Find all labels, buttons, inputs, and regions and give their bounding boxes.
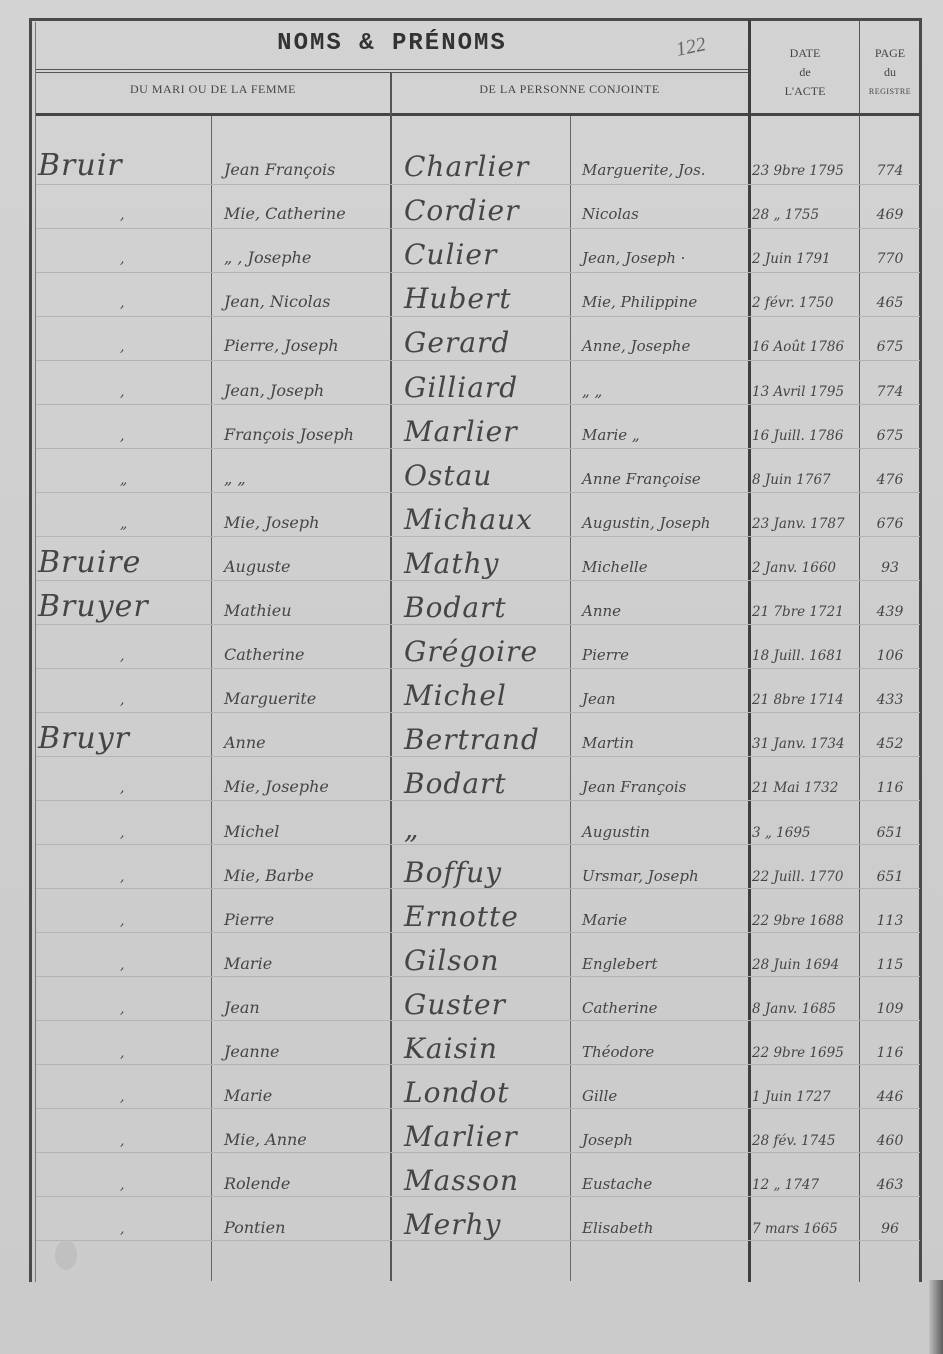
spouse-first-names: Gille	[582, 1087, 617, 1105]
act-date: 13 Avril 1795	[752, 384, 844, 400]
spouse-first-names: Ursmar, Joseph	[582, 867, 699, 885]
register-entry: , Pontien Merhy Elisabeth 7 mars 1665 96	[0, 1199, 943, 1243]
spouse-surname: Marlier	[404, 1120, 518, 1153]
first-names: Mie, Joseph	[224, 513, 319, 532]
register-page-number: 109	[862, 1001, 918, 1017]
register-page-number: 675	[862, 428, 918, 444]
act-date: 2 Janv. 1660	[752, 560, 836, 576]
spouse-first-names: Anne Françoise	[582, 470, 701, 488]
spouse-first-names: Anne	[582, 602, 621, 620]
register-entry: , Jeanne Kaisin Théodore 22 9bre 1695 11…	[0, 1023, 943, 1067]
register-entry: , Michel „ Augustin 3 „ 1695 651	[0, 803, 943, 847]
surname: ,	[120, 913, 124, 929]
act-date: 16 Juill. 1786	[752, 428, 843, 444]
act-date: 21 7bre 1721	[752, 604, 844, 620]
register-entry: , François Joseph Marlier Marie „ 16 Jui…	[0, 406, 943, 450]
register-entry: , Pierre, Joseph Gerard Anne, Josephe 16…	[0, 317, 943, 361]
register-entry: Bruire Auguste Mathy Michelle 2 Janv. 16…	[0, 538, 943, 582]
register-entry: , Mie, Catherine Cordier Nicolas 28 „ 17…	[0, 185, 943, 229]
surname: Bruyer	[38, 589, 149, 624]
first-names: Mie, Barbe	[224, 866, 314, 885]
register-entry: , Mie, Josephe Bodart Jean François 21 M…	[0, 758, 943, 802]
column-header-page: PAGE du REGISTRE	[860, 44, 920, 101]
surname: ,	[120, 251, 124, 267]
surname: Bruyr	[38, 721, 130, 756]
register-page-number: 651	[862, 825, 918, 841]
spouse-surname: Kaisin	[404, 1032, 498, 1065]
surname: ,	[120, 1001, 124, 1017]
spouse-surname: Bodart	[404, 767, 507, 800]
spouse-surname: Marlier	[404, 415, 518, 448]
column-header-date: DATE de L'ACTE	[750, 44, 860, 101]
act-date: 8 Juin 1767	[752, 472, 831, 488]
spouse-surname: Guster	[404, 988, 506, 1021]
act-date: 28 Juin 1694	[752, 957, 839, 973]
register-entry: Bruyer Mathieu Bodart Anne 21 7bre 1721 …	[0, 582, 943, 626]
spouse-first-names: Théodore	[582, 1043, 654, 1061]
date-header-line3: L'ACTE	[750, 82, 860, 101]
page-header-line1: PAGE	[860, 44, 920, 63]
first-names: Auguste	[224, 557, 291, 576]
first-names: Anne	[224, 733, 266, 752]
surname: ,	[120, 648, 124, 664]
column-header-spouse2: DE LA PERSONNE CONJOINTE	[391, 82, 748, 97]
surname: ,	[120, 1177, 124, 1193]
register-page-number: 770	[862, 251, 918, 267]
first-names: François Joseph	[224, 425, 354, 444]
spouse-surname: Bodart	[404, 591, 507, 624]
first-names: Catherine	[224, 645, 305, 664]
register-page-number: 433	[862, 692, 918, 708]
register-page-number: 675	[862, 339, 918, 355]
spouse-surname: Hubert	[404, 282, 512, 315]
spouse-first-names: Jean	[582, 690, 616, 708]
first-names: Rolende	[224, 1174, 290, 1193]
register-page-number: 774	[862, 163, 918, 179]
spouse-surname: Michel	[404, 679, 507, 712]
act-date: 28 fév. 1745	[752, 1133, 835, 1149]
act-date: 21 Mai 1732	[752, 780, 838, 796]
register-entry: , Jean, Joseph Gilliard „ „ 13 Avril 179…	[0, 362, 943, 406]
act-date: 22 9bre 1695	[752, 1045, 844, 1061]
act-date: 3 „ 1695	[752, 825, 811, 841]
register-page-number: 446	[862, 1089, 918, 1105]
surname: „	[120, 516, 127, 532]
register-entry: , Rolende Masson Eustache 12 „ 1747 463	[0, 1155, 943, 1199]
spouse-first-names: Anne, Josephe	[582, 337, 690, 355]
surname: ,	[120, 1221, 124, 1237]
spouse-surname: Mathy	[404, 547, 499, 580]
register-page-number: 469	[862, 207, 918, 223]
spouse-surname: Gilliard	[404, 371, 518, 404]
act-date: 28 „ 1755	[752, 207, 819, 223]
register-page-number: 116	[862, 1045, 918, 1061]
act-date: 31 Janv. 1734	[752, 736, 845, 752]
spouse-first-names: Marie	[582, 911, 627, 929]
spouse-first-names: „ „	[582, 382, 602, 400]
register-entry: , Marguerite Michel Jean 21 8bre 1714 43…	[0, 670, 943, 714]
first-names: Jeanne	[224, 1042, 280, 1061]
register-page-number: 465	[862, 295, 918, 311]
first-names: Mie, Catherine	[224, 204, 346, 223]
act-date: 8 Janv. 1685	[752, 1001, 836, 1017]
register-page-number: 96	[862, 1221, 918, 1237]
surname: Bruire	[38, 545, 141, 580]
spouse-surname: Gerard	[404, 326, 510, 359]
spouse-surname: Boffuy	[404, 856, 502, 889]
act-date: 12 „ 1747	[752, 1177, 819, 1193]
register-page-number: 93	[862, 560, 918, 576]
spouse-first-names: Martin	[582, 734, 634, 752]
surname: ,	[120, 1133, 124, 1149]
page-title: NOMS & PRÉNOMS	[36, 30, 748, 57]
first-names: Mathieu	[224, 601, 292, 620]
header-rule	[36, 69, 748, 70]
register-page-number: 651	[862, 869, 918, 885]
register-entry: , Pierre Ernotte Marie 22 9bre 1688 113	[0, 891, 943, 935]
spouse-surname: Ernotte	[404, 900, 519, 933]
spouse-surname: Ostau	[404, 459, 492, 492]
first-names: Mie, Anne	[224, 1130, 307, 1149]
spouse-surname: Bertrand	[404, 723, 540, 756]
register-entry: , „ , Josephe Culier Jean, Joseph · 2 Ju…	[0, 229, 943, 273]
first-names: Michel	[224, 822, 279, 841]
spouse-surname: Grégoire	[404, 635, 538, 668]
act-date: 2 févr. 1750	[752, 295, 833, 311]
column-header-spouse1: DU MARI OU DE LA FEMME	[36, 82, 390, 97]
act-date: 22 Juill. 1770	[752, 869, 843, 885]
first-names: Mie, Josephe	[224, 777, 329, 796]
surname: ,	[120, 339, 124, 355]
spouse-first-names: Jean, Joseph ·	[582, 249, 685, 267]
register-entry: , Mie, Barbe Boffuy Ursmar, Joseph 22 Ju…	[0, 847, 943, 891]
spouse-first-names: Augustin, Joseph	[582, 514, 710, 532]
spouse-surname: Michaux	[404, 503, 533, 536]
surname: „	[120, 472, 127, 488]
register-entry: , Marie Gilson Englebert 28 Juin 1694 11…	[0, 935, 943, 979]
register-page-number: 113	[862, 913, 918, 929]
register-page-number: 116	[862, 780, 918, 796]
spouse-first-names: Jean François	[582, 778, 686, 796]
first-names: Pierre, Joseph	[224, 336, 339, 355]
spouse-first-names: Augustin	[582, 823, 650, 841]
register-page-number: 676	[862, 516, 918, 532]
spouse-surname: Cordier	[404, 194, 520, 227]
surname: ,	[120, 825, 124, 841]
header-rule	[36, 72, 748, 73]
register-entry: , Mie, Anne Marlier Joseph 28 fév. 1745 …	[0, 1111, 943, 1155]
spouse-first-names: Marie „	[582, 426, 640, 444]
register-entry: , Marie Londot Gille 1 Juin 1727 446	[0, 1067, 943, 1111]
surname: ,	[120, 428, 124, 444]
register-page-number: 463	[862, 1177, 918, 1193]
first-names: Marie	[224, 954, 272, 973]
spouse-first-names: Pierre	[582, 646, 629, 664]
date-header-line2: de	[750, 63, 860, 82]
surname: ,	[120, 1089, 124, 1105]
act-date: 18 Juill. 1681	[752, 648, 843, 664]
act-date: 16 Août 1786	[752, 339, 844, 355]
register-page: NOMS & PRÉNOMS 122 DU MARI OU DE LA FEMM…	[0, 0, 943, 1354]
surname: ,	[120, 780, 124, 796]
first-names: Jean, Joseph	[224, 381, 324, 400]
act-date: 23 Janv. 1787	[752, 516, 845, 532]
register-page-number: 774	[862, 384, 918, 400]
page-header-line2: du	[860, 63, 920, 82]
spouse-first-names: Joseph	[582, 1131, 633, 1149]
first-names: Pierre	[224, 910, 274, 929]
register-entry: „ „ „ Ostau Anne Françoise 8 Juin 1767 4…	[0, 450, 943, 494]
spouse-first-names: Elisabeth	[582, 1219, 653, 1237]
act-date: 23 9bre 1795	[752, 163, 844, 179]
register-entry: , Catherine Grégoire Pierre 18 Juill. 16…	[0, 626, 943, 670]
first-names: Jean, Nicolas	[224, 292, 330, 311]
act-date: 22 9bre 1688	[752, 913, 844, 929]
spouse-first-names: Englebert	[582, 955, 658, 973]
act-date: 21 8bre 1714	[752, 692, 844, 708]
surname: ,	[120, 692, 124, 708]
page-header-line3: REGISTRE	[860, 82, 920, 101]
first-names: „ , Josephe	[224, 248, 311, 267]
spouse-surname: Londot	[404, 1076, 510, 1109]
spouse-surname: Merhy	[404, 1208, 501, 1241]
register-page-number: 439	[862, 604, 918, 620]
spouse-first-names: Catherine	[582, 999, 658, 1017]
header-bottom-rule	[36, 113, 920, 116]
page-edge	[929, 1280, 943, 1354]
first-names: Jean	[224, 998, 260, 1017]
register-entry: Bruir Jean François Charlier Marguerite,…	[0, 141, 943, 185]
surname: ,	[120, 957, 124, 973]
first-names: „ „	[224, 469, 246, 488]
register-page-number: 452	[862, 736, 918, 752]
register-entry: „ Mie, Joseph Michaux Augustin, Joseph 2…	[0, 494, 943, 538]
surname: ,	[120, 295, 124, 311]
surname: ,	[120, 1045, 124, 1061]
act-date: 7 mars 1665	[752, 1221, 838, 1237]
first-names: Pontien	[224, 1218, 285, 1237]
first-names: Marie	[224, 1086, 272, 1105]
register-page-number: 460	[862, 1133, 918, 1149]
spouse-surname: „	[404, 812, 420, 845]
spouse-surname: Gilson	[404, 944, 500, 977]
spouse-surname: Culier	[404, 238, 497, 271]
spouse-surname: Charlier	[404, 150, 529, 183]
first-names: Marguerite	[224, 689, 316, 708]
paper-stain	[55, 1240, 77, 1270]
spouse-surname: Masson	[404, 1164, 519, 1197]
surname: ,	[120, 869, 124, 885]
spouse-first-names: Mie, Philippine	[582, 293, 697, 311]
register-page-number: 106	[862, 648, 918, 664]
spouse-first-names: Michelle	[582, 558, 648, 576]
register-entry: , Jean, Nicolas Hubert Mie, Philippine 2…	[0, 273, 943, 317]
act-date: 1 Juin 1727	[752, 1089, 831, 1105]
act-date: 2 Juin 1791	[752, 251, 831, 267]
spouse-first-names: Nicolas	[582, 205, 639, 223]
spouse-first-names: Eustache	[582, 1175, 652, 1193]
surname: ,	[120, 207, 124, 223]
surname: Bruir	[38, 148, 123, 183]
date-header-line1: DATE	[750, 44, 860, 63]
first-names: Jean François	[224, 160, 335, 179]
register-entry: Bruyr Anne Bertrand Martin 31 Janv. 1734…	[0, 714, 943, 758]
spouse-first-names: Marguerite, Jos.	[582, 161, 706, 179]
surname: ,	[120, 384, 124, 400]
register-page-number: 476	[862, 472, 918, 488]
register-page-number: 115	[862, 957, 918, 973]
register-entry: , Jean Guster Catherine 8 Janv. 1685 109	[0, 979, 943, 1023]
